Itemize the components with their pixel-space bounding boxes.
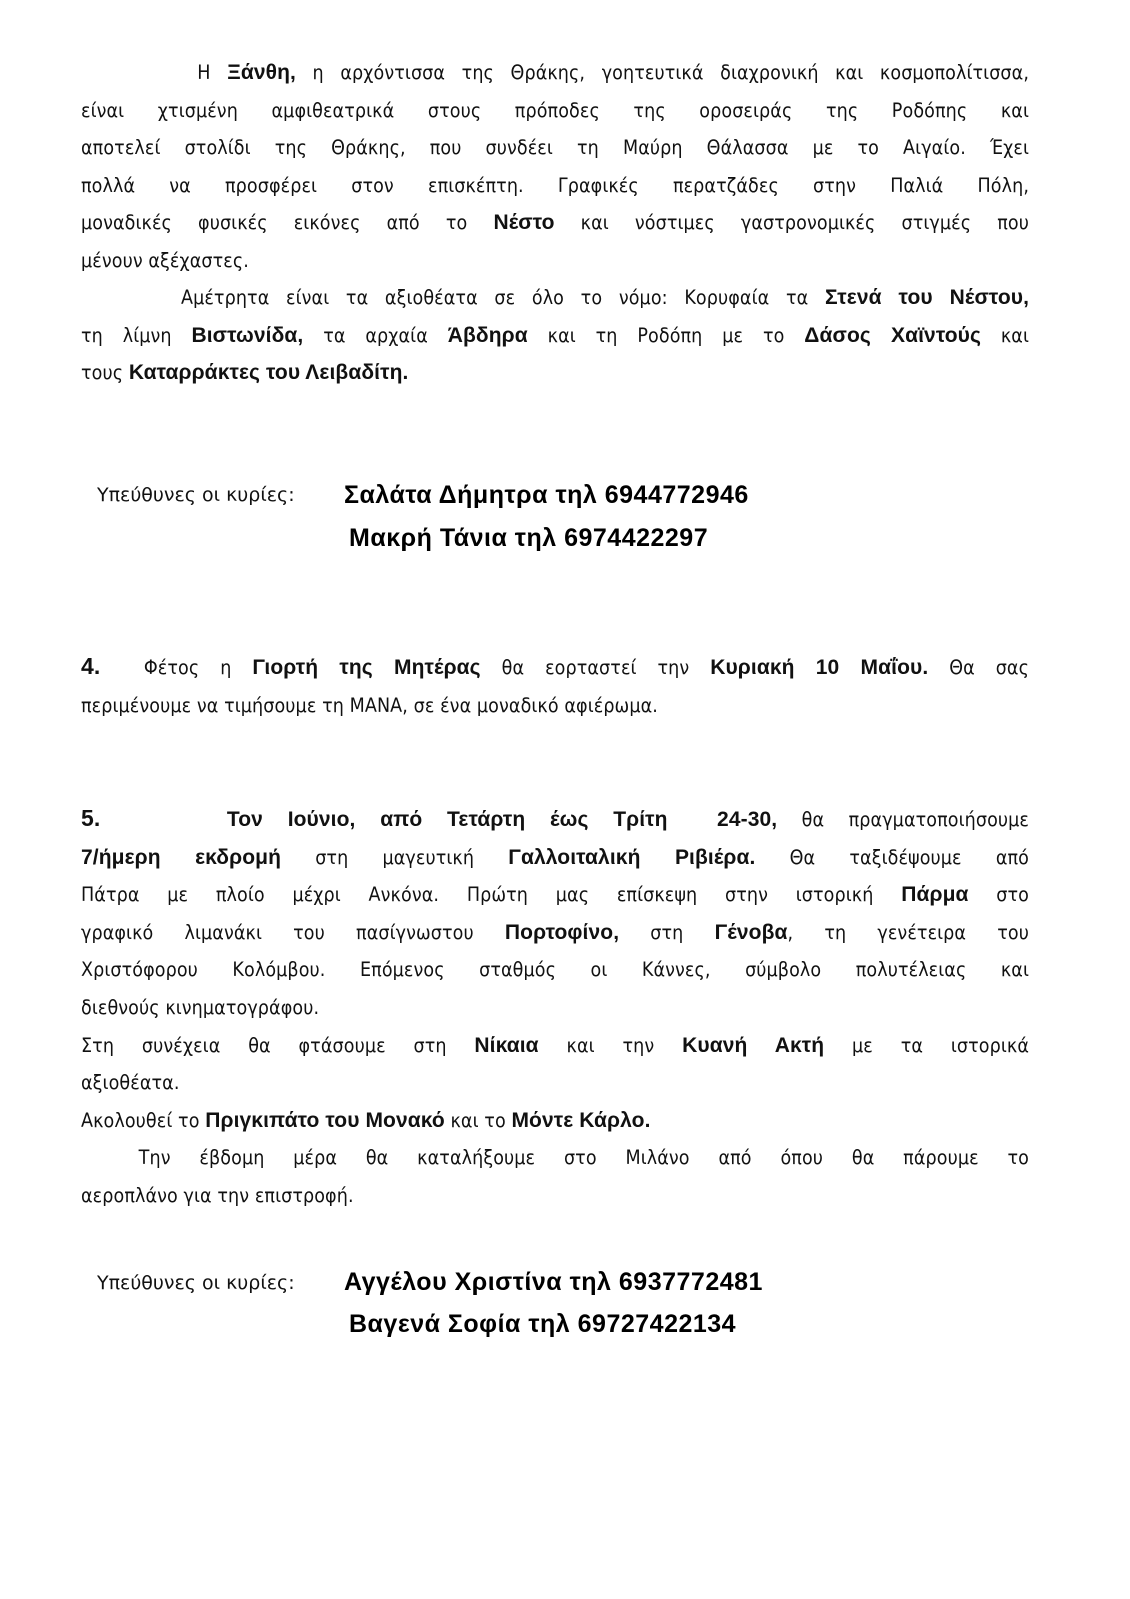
text-line: πολλά να προσφέρει στον επισκέπτη. Γραφι… [81,167,1029,205]
text: γραφικό λιμανάκι του πασίγνωστου [81,921,505,944]
text-line: Στη συνέχεια θα φτάσουμε στη Νίκαια και … [81,1027,1029,1065]
bold-text: Δάσος Χαϊντούς [804,324,981,347]
bold-text: Βιστωνίδα, [191,324,303,347]
contact-name: Σαλάτα Δήμητρα [344,481,548,509]
text: διεθνούς κινηματογράφου. [81,996,319,1019]
text: με τα ιστορικά [824,1034,1029,1057]
text: η αρχόντισσα της Θράκης, γοητευτικά διαχ… [296,61,1029,84]
bold-text: Γαλλοιταλική Ριβιέρα. [508,846,755,869]
bold-text: Άβδηρα [448,324,528,347]
bold-text: 7/ήμερη εκδρομή [81,846,281,869]
text: , τη γενέτειρα του [788,921,1030,944]
text: τα αρχαία [303,324,447,347]
text-line: Την έβδομη μέρα θα καταλήξουμε στο Μιλάν… [81,1139,1029,1177]
text-line: Ακολουθεί το Πριγκιπάτο του Μονακό και τ… [81,1102,1029,1140]
tel-label: τηλ [570,1268,612,1296]
text-line: Πάτρα με πλοίο μέχρι Ανκόνα. Πρώτη μας ε… [81,876,1029,914]
text: αξιοθέατα. [81,1071,180,1094]
text-line: 7/ήμερη εκδρομή στη μαγευτική Γαλλοιταλι… [81,839,1029,877]
contact-1b: Μακρή Τάνια τηλ 6974422297 [349,524,708,553]
text-line: Αμέτρητα είναι τα αξιοθέατα σε όλο το νό… [81,279,1029,317]
contact-name: Αγγέλου Χριστίνα [344,1268,562,1296]
text: Θα σας [928,656,1029,679]
phone-number[interactable]: 6937772481 [619,1268,763,1296]
text: και την [539,1034,682,1057]
text: στη [619,921,714,944]
text-line: μένουν αξέχαστες. [81,242,1029,280]
text: και νόστιμες γαστρονομικές στιγμές που [555,211,1029,234]
text-line: αξιοθέατα. [81,1064,1029,1102]
text: είναι χτισμένη αμφιθεατρικά στους πρόποδ… [81,99,1029,122]
text: στο [969,883,1029,906]
tel-label: τηλ [515,524,557,552]
text: τους [81,361,129,384]
bold-text: Κυανή Ακτή [682,1034,824,1057]
bold-text: Νέστο [493,211,554,234]
text: Θα ταξιδέψουμε από [755,846,1029,869]
document-page: Η Ξάνθη, η αρχόντισσα της Θράκης, γοητευ… [0,0,1130,1599]
text-line: αεροπλάνο για την επιστροφή. [81,1177,1029,1215]
text-line: διεθνούς κινηματογράφου. [81,989,1029,1027]
phone-number[interactable]: 6944772946 [605,481,749,509]
text: μοναδικές φυσικές εικόνες από το [81,211,493,234]
text: Η [81,61,227,84]
text: Χριστόφορου Κολόμβου. Επόμενος σταθμός ο… [81,958,1029,981]
contacts-1-label: Υπεύθυνες οι κυρίες: [97,484,295,506]
bold-text: Πορτοφίνο, [505,921,619,944]
text: αεροπλάνο για την επιστροφή. [81,1184,354,1207]
text: Ακολουθεί το [81,1109,205,1132]
tel-label: τηλ [528,1310,570,1338]
text: και το [445,1109,512,1132]
text: μένουν αξέχαστες. [81,249,249,272]
text: αποτελεί στολίδι της Θράκης, που συνδέει… [81,136,1029,159]
contact-name: Βαγενά Σοφία [349,1310,521,1338]
text-line: μοναδικές φυσικές εικόνες από το Νέστο κ… [81,204,1029,242]
text-line: Η Ξάνθη, η αρχόντισσα της Θράκης, γοητευ… [81,54,1029,92]
text: τη λίμνη [81,324,191,347]
text: θα εορταστεί την [481,656,711,679]
contacts-2-label: Υπεύθυνες οι κυρίες: [97,1272,295,1294]
sights-paragraph: Αμέτρητα είναι τα αξιοθέατα σε όλο το νό… [81,279,1029,392]
text: Την έβδομη μέρα θα καταλήξουμε στο Μιλάν… [81,1146,1029,1169]
bold-text: Πριγκιπάτο του Μονακό [205,1109,445,1132]
bold-text: Πάρμα [901,883,968,906]
text-line: αποτελεί στολίδι της Θράκης, που συνδέει… [81,129,1029,167]
contact-2a: Αγγέλου Χριστίνα τηλ 6937772481 [344,1268,763,1297]
text: πολλά να προσφέρει στον επισκέπτη. Γραφι… [81,174,1029,197]
text-line: είναι χτισμένη αμφιθεατρικά στους πρόποδ… [81,92,1029,130]
text: Πάτρα με πλοίο μέχρι Ανκόνα. Πρώτη μας ε… [81,883,901,906]
bold-text: Μόντε Κάρλο. [511,1109,650,1132]
text-line: περιμένουμε να τιμήσουμε τη ΜΑΝΑ, σε ένα… [81,687,1029,725]
contact-2b: Βαγενά Σοφία τηλ 69727422134 [349,1310,736,1339]
bold-text: Γένοβα [715,921,788,944]
bold-text: Ξάνθη, [227,61,296,84]
text: Φέτος η [144,656,252,679]
intro-paragraph: Η Ξάνθη, η αρχόντισσα της Θράκης, γοητευ… [81,54,1029,280]
text-line: τη λίμνη Βιστωνίδα, τα αρχαία Άβδηρα και… [81,317,1029,355]
text: θα πραγματοποιήσουμε [777,808,1029,831]
text: στη μαγευτική [281,846,508,869]
contact-1a: Σαλάτα Δήμητρα τηλ 6944772946 [344,481,749,510]
bold-text: Καταρράκτες του Λειβαδίτη. [129,361,409,384]
item-number: 4. [81,653,144,679]
phone-number[interactable]: 69727422134 [578,1310,736,1338]
text: Αμέτρητα είναι τα αξιοθέατα σε όλο το νό… [81,286,825,309]
bold-text: Στενά του Νέστου, [825,286,1029,309]
bold-text: Γιορτή της Μητέρας [252,656,480,679]
text: και [981,324,1029,347]
text: και τη Ροδόπη με το [528,324,804,347]
text-line: Χριστόφορου Κολόμβου. Επόμενος σταθμός ο… [81,951,1029,989]
text-line: γραφικό λιμανάκι του πασίγνωστου Πορτοφί… [81,914,1029,952]
bold-text: Τον Ιούνιο, από Τετάρτη έως Τρίτη 24-30, [227,808,777,831]
item-5-paragraph: 5. Τον Ιούνιο, από Τετάρτη έως Τρίτη 24-… [81,800,1029,1215]
bold-text: Κυριακή 10 Μαΐου. [710,656,928,679]
contact-name: Μακρή Τάνια [349,524,507,552]
text: περιμένουμε να τιμήσουμε τη ΜΑΝΑ, σε ένα… [81,694,658,717]
text-line: 4. Φέτος η Γιορτή της Μητέρας θα εορταστ… [81,648,1029,687]
phone-number[interactable]: 6974422297 [564,524,708,552]
item-number: 5. [81,805,227,831]
tel-label: τηλ [555,481,597,509]
item-4-paragraph: 4. Φέτος η Γιορτή της Μητέρας θα εορταστ… [81,648,1029,724]
text-line: 5. Τον Ιούνιο, από Τετάρτη έως Τρίτη 24-… [81,800,1029,839]
text-line: τους Καταρράκτες του Λειβαδίτη. [81,354,1029,392]
text: Στη συνέχεια θα φτάσουμε στη [81,1034,474,1057]
bold-text: Νίκαια [474,1034,538,1057]
